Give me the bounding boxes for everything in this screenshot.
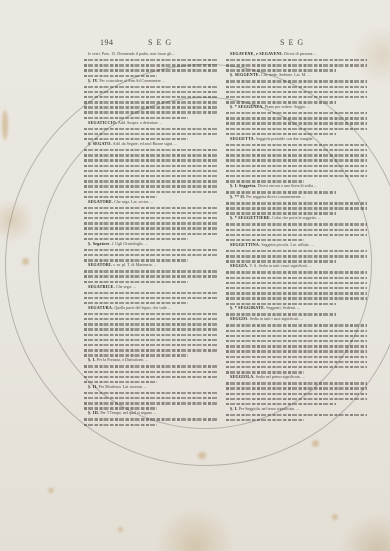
- entry-text: Seggiola portatile con due stanghe. ...: [256, 136, 318, 141]
- entry-headword: §. II.: [88, 384, 98, 389]
- entry-text: Per 'l Tempo, nel qual si segano ...: [100, 410, 156, 415]
- entry-headword: SEGATORE.: [88, 199, 113, 204]
- entry-text: Add. Sosper, a detentare ...: [118, 120, 162, 125]
- text-line: [84, 424, 157, 426]
- dictionary-entry: §. I. Per Seggiola, nel terzo significat…: [226, 406, 367, 422]
- entry-headword: SEGATORI.: [88, 262, 112, 267]
- foxing-stain: [118, 527, 123, 532]
- entry-text: Che siede, Sedente. Lat. M. ...: [261, 72, 310, 77]
- left-column: le vesti. Pass. 15. Desmendo il padre, n…: [84, 51, 217, 426]
- text-line: [226, 350, 367, 352]
- entry-headword: §. SEGATO.: [88, 141, 112, 146]
- text-line: [84, 292, 217, 294]
- entry-headword: SEGATICCIO.: [88, 120, 117, 125]
- text-line: [84, 233, 217, 235]
- entry-text: f. Ugli Ornitologhi. ...: [112, 241, 148, 246]
- text-line: [84, 418, 217, 420]
- text-line: [84, 111, 217, 113]
- text-line: [84, 339, 217, 341]
- text-line: [84, 227, 217, 229]
- entry-text: Per Mortitura. Lat. morsus. ...: [99, 384, 148, 389]
- entry-text: V. A. Sedia in tutti i suoi significati.…: [249, 263, 312, 268]
- text-line: [84, 175, 217, 177]
- page-header: 194 S E G S E G: [84, 38, 367, 50]
- text-line: [84, 217, 217, 219]
- text-line: [226, 80, 367, 82]
- text-line: [84, 334, 217, 336]
- entry-text: Che sega: ...: [116, 284, 136, 289]
- dictionary-entry: SEGAVENE, e SEGAVENI. Dicesi di persona …: [226, 51, 367, 72]
- text-line: [84, 91, 217, 93]
- text-line: [226, 366, 367, 368]
- entry-text: Dicesi ancora a una Sorta di sedia ...: [258, 183, 318, 188]
- text-line: [84, 212, 217, 214]
- dictionary-entry: §. IV. Per coincidere al Ann Ad Commente…: [84, 78, 217, 120]
- text-line: [226, 117, 367, 119]
- text-line: [84, 275, 217, 277]
- dictionary-entry: §. SEGGENTE. Che siede, Sedente. Lat. M.…: [226, 72, 367, 103]
- text-line: [84, 222, 217, 224]
- text-line: [226, 297, 367, 299]
- text-line: [226, 419, 304, 421]
- text-line: [84, 254, 217, 256]
- entry-headword: §. SEGGENTE.: [230, 72, 260, 77]
- entry-text: le vesti. Pass. 15. Desmendo il padre, n…: [88, 51, 175, 56]
- entry-headword: §. * SEGGENZA.: [230, 104, 264, 109]
- text-line: [226, 340, 367, 342]
- dictionary-entry: SEGATICCIO. Add. Sosper, a detentare ...: [84, 120, 217, 141]
- text-line: [84, 59, 217, 61]
- entry-text: Per seggetta dicesi comunemente ...: [246, 194, 305, 199]
- text-line: [226, 64, 367, 66]
- dictionary-entry: §. III. Per 'l Tempo, nel qual si segano…: [84, 410, 217, 426]
- text-line: [84, 96, 217, 98]
- entry-text: Colui che porta la seggetta. ...: [272, 215, 321, 220]
- text-line: [226, 154, 367, 156]
- text-line: [226, 234, 367, 236]
- dictionary-entry: le vesti. Pass. 15. Desmendo il padre, n…: [84, 51, 217, 77]
- text-line: [226, 128, 367, 130]
- entry-headword: SEGGIO.: [230, 316, 249, 321]
- text-line: [226, 202, 367, 204]
- foxing-stain: [48, 488, 54, 493]
- dictionary-entry: §. I. Per la Fortuna, o Dimistione, ...: [84, 357, 217, 383]
- text-line: [226, 59, 367, 61]
- entry-text: Per Seggiola, nel terzo significato. ...: [239, 406, 299, 411]
- text-line: [84, 349, 217, 351]
- dictionary-entry: §. ** II. Per seggetta dicesi comunement…: [226, 194, 367, 215]
- dictionary-entry: §. * SEGGETTIERE. Colui che porta la seg…: [226, 215, 367, 241]
- entry-text: Dicesi di persona ...: [284, 51, 317, 56]
- text-line: [226, 86, 367, 88]
- text-line: [226, 292, 367, 294]
- text-line: [84, 191, 217, 193]
- foxing-stain: [2, 110, 8, 140]
- text-line: [84, 101, 217, 103]
- dictionary-entry: SEGGETTINA. Seggetta piccola. Lat. sellu…: [226, 242, 367, 263]
- text-line: [226, 159, 367, 161]
- entry-text: Seggenti, Sedenti. ...: [266, 305, 300, 310]
- text-line: [226, 335, 367, 337]
- text-line: [84, 106, 217, 108]
- dictionary-entry: SEGGIA. V. A. Sedia in tutti i suoi sign…: [226, 263, 367, 305]
- entry-text: Per la Fortuna, o Dimistione, ...: [97, 357, 149, 362]
- entry-headword: SEGGETTINA.: [230, 242, 260, 247]
- entry-headword: SEGAVENE, e SEGAVENI.: [230, 51, 283, 56]
- text-line: [226, 361, 367, 363]
- text-line: [84, 297, 217, 299]
- dictionary-entry: §. Segatore. f. Ugli Ornitologhi. ...: [84, 241, 217, 262]
- text-line: [226, 91, 367, 93]
- text-line: [226, 398, 367, 400]
- text-line: [226, 229, 367, 231]
- entry-headword: SEGGIA.: [230, 263, 248, 268]
- entry-text: s. m. pl. T. di Marineria. ...: [113, 262, 157, 267]
- entry-text: Add. da Segare, ed ancl Buone signi. ...: [113, 141, 178, 146]
- text-line: [226, 250, 367, 252]
- text-line: [226, 414, 367, 416]
- text-line: [84, 313, 217, 315]
- foxing-stain: [332, 514, 338, 520]
- text-line: [226, 175, 367, 177]
- text-line: [84, 185, 217, 187]
- text-line: [226, 207, 367, 209]
- dictionary-entry: SEGGETTA. Seggiola portatile con due sta…: [226, 136, 367, 183]
- foxing-stain: [312, 440, 319, 447]
- entry-headword: §. I. Seggetta.: [230, 183, 257, 188]
- entry-headword: SEGATURA.: [88, 305, 113, 310]
- text-line: [226, 393, 367, 395]
- text-line: [84, 365, 217, 367]
- entry-headword: SEGGETTA.: [230, 136, 255, 141]
- text-line: [84, 207, 217, 209]
- running-head-left: S E G: [148, 38, 172, 47]
- dictionary-entry: SEGGIOLA. Sedia nel primo significato. .…: [226, 374, 367, 405]
- entry-headword: §. Segatore.: [88, 241, 111, 246]
- text-line: [84, 69, 217, 71]
- entry-text: Piano per sedere. Seggio. ...: [265, 104, 311, 109]
- dictionary-entry: §. II. Per Mortitura. Lat. morsus. ...: [84, 384, 217, 410]
- entry-headword: §. I.: [88, 357, 96, 362]
- dictionary-entry: §. * SEGGENZA. Piano per sedere. Seggio.…: [226, 104, 367, 135]
- text-line: [226, 277, 367, 279]
- text-line: [84, 133, 217, 135]
- text-line: [226, 287, 367, 289]
- entry-headword: §. * SEGGETTIERE.: [230, 215, 271, 220]
- entry-headword: §. ** II.: [230, 194, 245, 199]
- text-line: [84, 371, 217, 373]
- text-line: [84, 249, 217, 251]
- text-line: [226, 356, 367, 358]
- text-line: [226, 324, 367, 326]
- text-line: [84, 180, 217, 182]
- dictionary-entry: §. I. Seggetta. Dicesi ancora a una Sort…: [226, 183, 367, 193]
- dictionary-entry: §. * SEGGIRATE. Seggenti, Sedenti. ...: [226, 305, 367, 315]
- text-line: [84, 376, 217, 378]
- text-line: [226, 170, 367, 172]
- text-line: [84, 328, 217, 330]
- right-column: SEGAVENE, e SEGAVENI. Dicesi di persona …: [226, 51, 367, 421]
- text-line: [84, 392, 217, 394]
- text-line: [84, 270, 217, 272]
- text-line: [226, 271, 367, 273]
- text-line: [226, 387, 367, 389]
- text-line: [226, 382, 367, 384]
- text-line: [226, 165, 367, 167]
- text-line: [226, 223, 367, 225]
- text-line: [226, 122, 367, 124]
- entry-text: Quella parte del legno, che cade ...: [114, 305, 171, 310]
- text-line: [84, 318, 217, 320]
- text-line: [84, 86, 217, 88]
- text-line: [226, 330, 367, 332]
- text-line: [84, 344, 217, 346]
- entry-headword: SEGATRICE.: [88, 284, 115, 289]
- text-line: [226, 282, 367, 284]
- text-line: [84, 165, 217, 167]
- text-line: [226, 112, 367, 114]
- text-line: [226, 144, 367, 146]
- text-line: [84, 402, 217, 404]
- entry-headword: §. IV.: [88, 78, 98, 83]
- dictionary-entry: §. SEGATO. Add. da Segare, ed ancl Buone…: [84, 141, 217, 198]
- text-line: [84, 397, 217, 399]
- text-line: [226, 96, 367, 98]
- dictionary-entry: SEGATRICE. Che sega: ...: [84, 284, 217, 305]
- text-line: [226, 149, 367, 151]
- text-line: [84, 128, 217, 130]
- dictionary-entry: SEGATORI. s. m. pl. T. di Marineria. ...: [84, 262, 217, 283]
- text-line: [84, 149, 217, 151]
- text-line: [226, 345, 367, 347]
- entry-text: Per coincidere al Ann Ad Commenter ...: [99, 78, 165, 83]
- dictionary-entry: SEGATORE. Che sega. Lat. sector. ...: [84, 199, 217, 241]
- text-line: [84, 154, 217, 156]
- page-number: 194: [100, 38, 114, 47]
- dictionary-entry: SEGATURA. Quella parte del legno, che ca…: [84, 305, 217, 357]
- text-line: [226, 255, 367, 257]
- entry-headword: §. I.: [230, 406, 238, 411]
- entry-text: Che sega. Lat. sector. ...: [114, 199, 153, 204]
- running-head-right: S E G: [280, 38, 304, 47]
- text-line: [84, 323, 217, 325]
- text-line: [84, 159, 217, 161]
- entry-text: Sedia nel primo significato. ...: [256, 374, 305, 379]
- text-line: [84, 170, 217, 172]
- entry-headword: SEGGIOLA.: [230, 374, 255, 379]
- entry-headword: §. * SEGGIRATE.: [230, 305, 265, 310]
- entry-text: Seggetta piccola. Lat. sellula. ...: [261, 242, 313, 247]
- text-line: [84, 64, 217, 66]
- dictionary-entry: SEGGIO. Sedia in tutti i suoi significat…: [226, 316, 367, 373]
- entry-text: Sedia in tutti i suoi significati. ...: [250, 316, 303, 321]
- entry-headword: §. III.: [88, 410, 99, 415]
